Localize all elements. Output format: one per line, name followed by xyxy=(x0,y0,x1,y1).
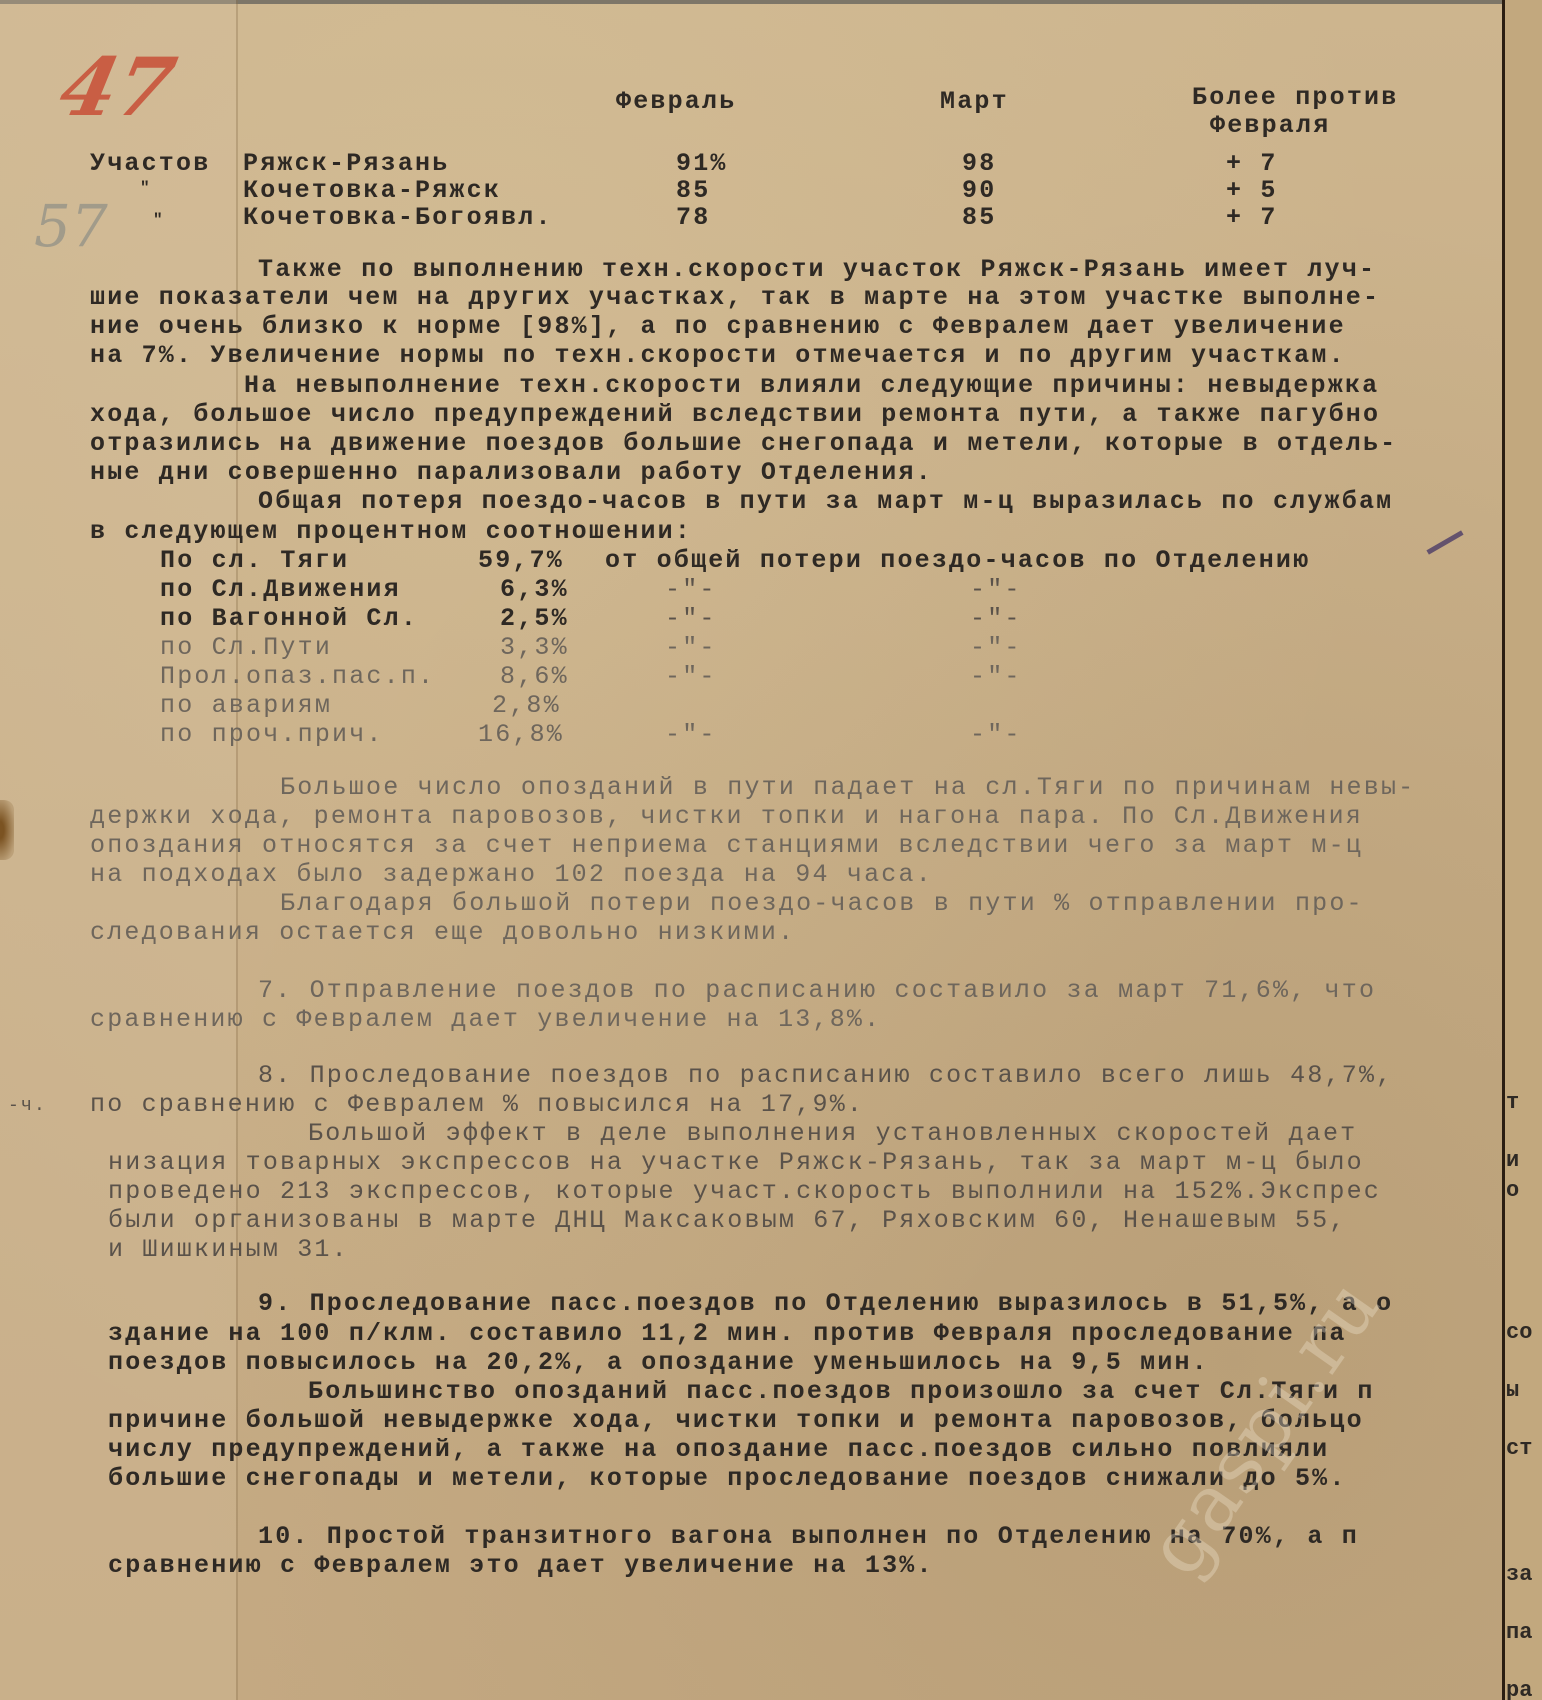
header-march: Март xyxy=(940,88,1009,116)
section-name: Ряжск-Рязань xyxy=(243,150,449,178)
loss-value: 59,7% xyxy=(478,547,564,575)
paragraph-line: шие показатели чем на других участках, т… xyxy=(90,284,1380,312)
paragraph-line: ние очень близко к норме [98%], а по сра… xyxy=(90,313,1346,341)
pen-mark xyxy=(1426,530,1463,554)
february-value: 78 xyxy=(676,204,710,232)
loss-label: по проч.прич. xyxy=(160,721,384,749)
paragraph-line: Также по выполнению техн.скорости участо… xyxy=(258,256,1376,284)
increase-value: + 7 xyxy=(1226,204,1278,232)
increase-value: + 5 xyxy=(1226,177,1278,205)
loss-value: 6,3% xyxy=(500,576,569,604)
paragraph-line: низация товарных экспрессов на участке Р… xyxy=(108,1149,1364,1177)
paragraph-line: хода, большое число предупреждений вслед… xyxy=(90,401,1380,429)
ditto-mark: -"- xyxy=(665,721,717,749)
adjacent-text-fragment: ст xyxy=(1506,1436,1532,1461)
loss-label: по Вагонной Сл. xyxy=(160,605,418,633)
ditto-mark: -"- xyxy=(665,576,717,604)
header-increase-line2: Февраля xyxy=(1210,112,1330,140)
loss-label: По сл. Тяги xyxy=(160,547,349,575)
section-name: Кочетовка-Богоявл. xyxy=(243,204,553,232)
march-value: 90 xyxy=(962,177,996,205)
ditto-mark: " xyxy=(140,174,152,202)
item-7-line: 7. Отправление поездов по расписанию сос… xyxy=(258,977,1376,1005)
paragraph-line: были организованы в марте ДНЦ Максаковым… xyxy=(108,1207,1347,1235)
adjacent-text-fragment: за xyxy=(1506,1562,1532,1587)
header-february: Февраль xyxy=(616,88,736,116)
ditto-mark: -"- xyxy=(665,663,717,691)
paragraph-line: Большой эффект в деле выполнения установ… xyxy=(308,1120,1357,1148)
handwritten-page-number-red: 47 xyxy=(52,40,183,134)
rust-stain xyxy=(0,800,14,860)
loss-label: по Сл.Пути xyxy=(160,634,332,662)
item-8-line: по сравнению с Февралем % повысился на 1… xyxy=(90,1091,864,1119)
paragraph-line: причине большой невыдержке хода, чистки … xyxy=(108,1407,1364,1435)
loss-label: по авариям xyxy=(160,692,332,720)
ditto-mark: -"- xyxy=(970,576,1022,604)
ditto-mark: " xyxy=(153,206,165,234)
loss-label: по Сл.Движения xyxy=(160,576,401,604)
ditto-mark: -"- xyxy=(970,634,1022,662)
paragraph-line: большие снегопады и метели, которые прос… xyxy=(108,1465,1347,1493)
ditto-mark: -"- xyxy=(970,721,1022,749)
ditto-mark: -"- xyxy=(665,634,717,662)
ditto-mark: -"- xyxy=(970,663,1022,691)
item-9-line: поездов повысилось на 20,2%, а опоздание… xyxy=(108,1349,1209,1377)
adjacent-text-fragment: па xyxy=(1506,1620,1532,1645)
increase-value: + 7 xyxy=(1226,150,1278,178)
section-name: Кочетовка-Ряжск xyxy=(243,177,501,205)
adjacent-text-fragment: со xyxy=(1506,1320,1532,1345)
february-value: 85 xyxy=(676,177,710,205)
paragraph-line: Большое число опозданий в пути падает на… xyxy=(280,774,1415,802)
loss-value: 3,3% xyxy=(500,634,569,662)
paragraph-line: Большинство опозданий пасс.поездов произ… xyxy=(308,1378,1375,1406)
paragraph-line: держки хода, ремонта паровозов, чистки т… xyxy=(90,803,1363,831)
ditto-mark: -"- xyxy=(665,605,717,633)
paragraph-line: Общая потеря поездо-часов в пути за март… xyxy=(258,488,1393,516)
item-8-line: 8. Проследование поездов по расписанию с… xyxy=(258,1062,1393,1090)
item-10-line: сравнению с Февралем это дает увеличение… xyxy=(108,1552,934,1580)
paragraph-line: отразились на движение поездов большие с… xyxy=(90,430,1397,458)
document-page: 47 57 Февраль Март Более против Февраля … xyxy=(0,0,1542,1700)
paragraph-line: на 7%. Увеличение нормы по техн.скорости… xyxy=(90,342,1346,370)
adjacent-text-fragment: т xyxy=(1506,1090,1519,1115)
paragraph-line: ные дни совершенно парализовали работу О… xyxy=(90,459,933,487)
header-increase-line1: Более против xyxy=(1192,84,1398,112)
item-9-line: здание на 100 п/клм. составило 11,2 мин.… xyxy=(108,1320,1347,1348)
march-value: 98 xyxy=(962,150,996,178)
paragraph-line: числу предупреждений, а также на опоздан… xyxy=(108,1436,1329,1464)
loss-value: 8,6% xyxy=(500,663,569,691)
paragraph-line: и Шишкиным 31. xyxy=(108,1236,349,1264)
ditto-mark: -"- xyxy=(970,605,1022,633)
adjacent-text-fragment: ра xyxy=(1506,1678,1532,1700)
adjacent-text-fragment: и xyxy=(1506,1148,1519,1173)
paragraph-line: на подходах было задержано 102 поезда на… xyxy=(90,861,933,889)
paragraph-line: Благодаря большой потери поездо-часов в … xyxy=(280,890,1364,918)
paragraph-line: в следующем процентном соотношении: xyxy=(90,518,692,546)
adjacent-text-fragment: ы xyxy=(1506,1378,1519,1403)
paragraph-line: опоздания относятся за счет неприема ста… xyxy=(90,832,1363,860)
item-9-line: 9. Проследование пасс.поездов по Отделен… xyxy=(258,1290,1393,1318)
loss-label: Прол.опаз.пас.п. xyxy=(160,663,435,691)
handwritten-page-number-pencil: 57 xyxy=(34,192,108,260)
march-value: 85 xyxy=(962,204,996,232)
loss-suffix: от общей потери поездо-часов по Отделени… xyxy=(605,547,1310,575)
paragraph-line: проведено 213 экспрессов, которые участ.… xyxy=(108,1178,1381,1206)
paragraph-line: следования остается еще довольно низкими… xyxy=(90,919,795,947)
loss-value: 2,5% xyxy=(500,605,569,633)
paragraph-line: На невыполнение техн.скорости влияли сле… xyxy=(244,372,1379,400)
loss-value: 16,8% xyxy=(478,721,564,749)
item-7-line: сравнению с Февралем дает увеличение на … xyxy=(90,1006,881,1034)
margin-note: -ч. xyxy=(8,1092,47,1120)
adjacent-text-fragment: о xyxy=(1506,1178,1519,1203)
loss-value: 2,8% xyxy=(492,692,561,720)
february-value: 91% xyxy=(676,150,728,178)
